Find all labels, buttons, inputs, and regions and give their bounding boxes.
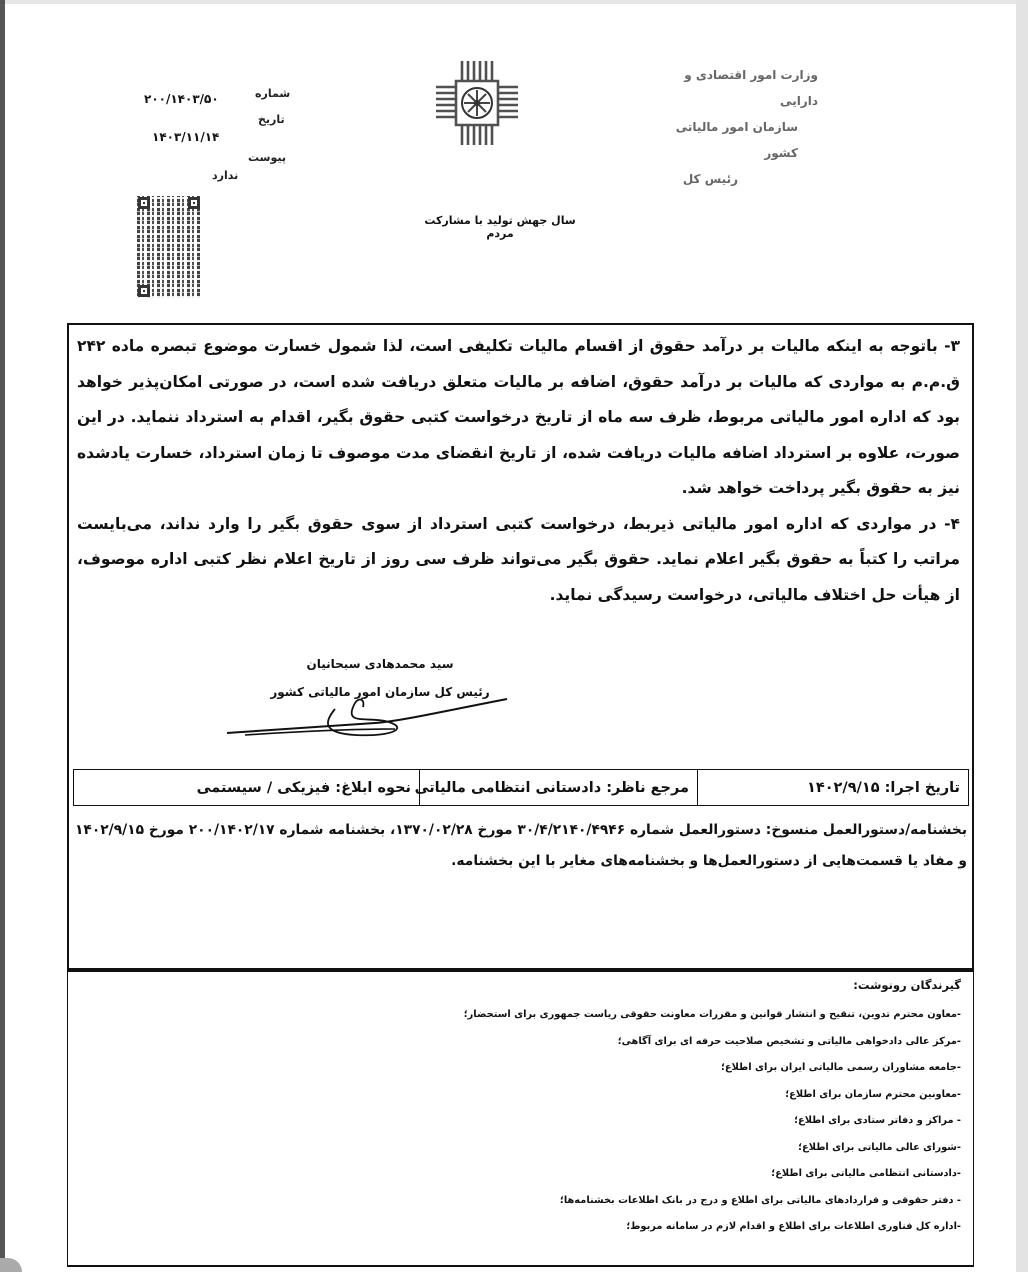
attachment-value: ندارد bbox=[212, 169, 238, 182]
reference-label: مرجع ناظر: bbox=[606, 780, 689, 796]
tax-organization-emblem-icon bbox=[432, 57, 522, 149]
ministry-line-3: رئیس کل bbox=[668, 166, 738, 192]
scan-corner-shadow bbox=[0, 1258, 22, 1272]
cc-item: - مراکز و دفاتر ستادی برای اطلاع؛ bbox=[361, 1108, 961, 1135]
cc-title: گیرندگان رونوشت: bbox=[853, 978, 961, 992]
cc-item: -معاون محترم تدوین، تنقیح و انتشار قوانی… bbox=[361, 1002, 961, 1029]
scan-left-edge bbox=[0, 0, 5, 1272]
info-table: تاریخ اجرا: ۱۴۰۲/۹/۱۵ مرجع ناظر: دادستان… bbox=[73, 769, 969, 806]
notification-method-cell: نحوه ابلاغ: فیزیکی / سیستمی bbox=[74, 770, 420, 805]
circular-body: ۳- باتوجه به اینکه مالیات بر درآمد حقوق … bbox=[77, 329, 960, 613]
abrogated-circulars: بخشنامه/دستورالعمل منسوخ: دستورالعمل شما… bbox=[75, 815, 967, 877]
cc-item: -دادستانی انتظامی مالیاتی برای اطلاع؛ bbox=[361, 1161, 961, 1188]
signature-block: سید محمدهادی سبحانیان رئیس کل سازمان امو… bbox=[225, 655, 515, 745]
cc-item: -اداره کل فناوری اطلاعات برای اطلاع و اق… bbox=[361, 1214, 961, 1241]
execution-date-value: ۱۴۰۲/۹/۱۵ bbox=[807, 780, 880, 796]
notification-value: فیزیکی / سیستمی bbox=[197, 780, 331, 796]
signature-scribble-icon bbox=[225, 685, 515, 745]
cc-list: -معاون محترم تدوین، تنقیح و انتشار قوانی… bbox=[361, 1002, 961, 1241]
scan-right-edge bbox=[1016, 0, 1028, 1272]
attachment-label: پیوست bbox=[248, 151, 286, 164]
year-slogan: سال جهش تولید با مشارکت مردم bbox=[410, 214, 590, 240]
reference-cell: مرجع ناظر: دادستانی انتظامی مالیاتی bbox=[420, 770, 698, 805]
execution-date-label: تاریخ اجرا: bbox=[885, 780, 960, 796]
reference-value: دادستانی انتظامی مالیاتی bbox=[415, 780, 602, 796]
qr-code-icon bbox=[137, 196, 201, 298]
date-value: ۱۴۰۳/۱۱/۱۴ bbox=[152, 130, 219, 144]
paragraph-3: ۳- باتوجه به اینکه مالیات بر درآمد حقوق … bbox=[77, 329, 960, 507]
cc-item: -جامعه مشاوران رسمی مالیاتی ایران برای ا… bbox=[361, 1055, 961, 1082]
cc-item: -شورای عالی مالیاتی برای اطلاع؛ bbox=[361, 1135, 961, 1162]
cc-item: -معاونین محترم سازمان برای اطلاع؛ bbox=[361, 1082, 961, 1109]
date-label: تاریخ bbox=[258, 113, 285, 126]
signatory-name: سید محمدهادی سبحانیان bbox=[305, 657, 455, 671]
number-label: شماره bbox=[255, 87, 290, 100]
ministry-header: وزارت امور اقتصادی و دارایی سازمان امور … bbox=[668, 62, 818, 192]
execution-date-cell: تاریخ اجرا: ۱۴۰۲/۹/۱۵ bbox=[698, 770, 968, 805]
cc-item: - دفتر حقوقی و قراردادهای مالیاتی برای ا… bbox=[361, 1188, 961, 1215]
paragraph-4: ۴- در مواردی که اداره امور مالیاتی ذیربط… bbox=[77, 507, 960, 614]
scan-top-edge bbox=[0, 0, 1028, 4]
ministry-line-2: سازمان امور مالیاتی کشور bbox=[668, 114, 798, 166]
cc-recipients-box: گیرندگان رونوشت: -معاون محترم تدوین، تنق… bbox=[67, 972, 974, 1267]
notification-label: نحوه ابلاغ: bbox=[335, 780, 411, 796]
ministry-line-1: وزارت امور اقتصادی و دارایی bbox=[668, 62, 818, 114]
number-value: ۲۰۰/۱۴۰۳/۵۰ bbox=[144, 92, 219, 106]
cc-item: -مرکز عالی دادخواهی مالیاتی و تشخیص صلاح… bbox=[361, 1029, 961, 1056]
